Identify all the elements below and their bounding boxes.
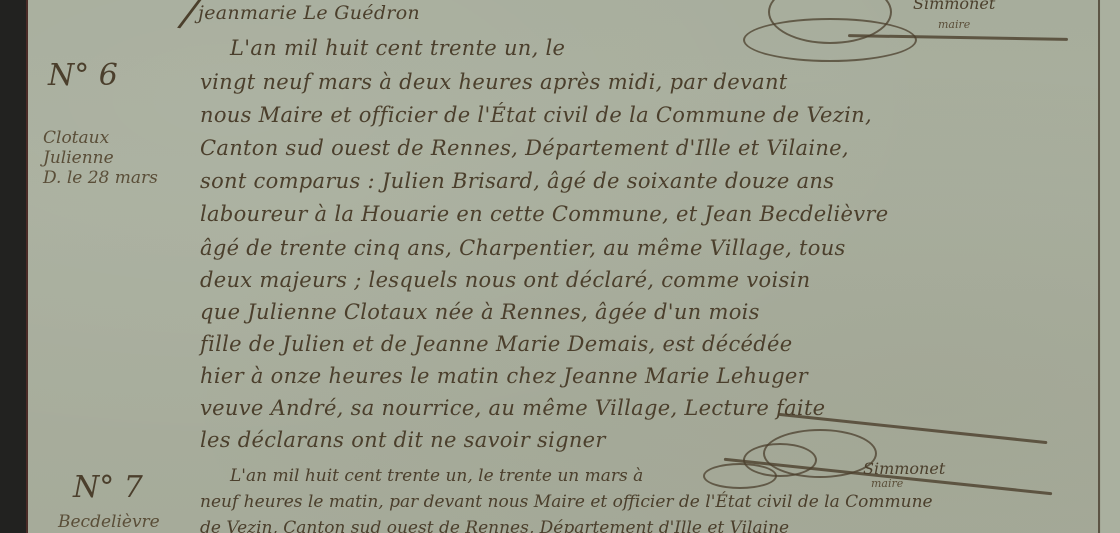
record-line: L'an mil huit cent trente un, le trente … — [230, 466, 643, 486]
signature-title: maire — [871, 477, 903, 490]
record-line: Canton sud ouest de Rennes, Département … — [200, 136, 849, 160]
page-fold-line — [1098, 0, 1100, 533]
record-line: L'an mil huit cent trente un, le — [230, 36, 565, 60]
scan-left-border — [0, 0, 28, 533]
signature-name: Simmonet — [913, 0, 995, 13]
signature-flourish — [743, 18, 917, 62]
signature-block-top: Simmonet maire — [748, 0, 1078, 70]
top-signature-line: jeanmarie Le Guédron — [198, 2, 420, 24]
adjacent-page-edge — [1101, 0, 1120, 533]
record-line: hier à onze heures le matin chez Jeanne … — [200, 364, 808, 388]
signature-flourish — [703, 463, 777, 489]
signature-title: maire — [938, 18, 970, 31]
signature-name: Simmonet — [863, 459, 945, 478]
record-line: laboureur à la Houarie en cette Commune,… — [200, 202, 888, 226]
record-line: que Julienne Clotaux née à Rennes, âgée … — [200, 300, 760, 324]
record-line: de Vezin, Canton sud ouest de Rennes, Dé… — [200, 518, 789, 533]
record-line: vingt neuf mars à deux heures après midi… — [200, 70, 788, 94]
record-line: neuf heures le matin, par devant nous Ma… — [200, 492, 933, 512]
entry-number: N° 7 — [73, 470, 143, 505]
record-line: fille de Julien et de Jeanne Marie Demai… — [200, 332, 792, 356]
record-line: les déclarans ont dit ne savoir signer — [200, 428, 606, 452]
margin-surname: Becdelièvre — [58, 512, 160, 532]
register-page: jeanmarie Le Guédron / Simmonet maire N°… — [28, 0, 1120, 533]
record-line: sont comparus : Julien Brisard, âgé de s… — [200, 169, 834, 193]
entry-number: N° 6 — [48, 58, 118, 93]
margin-surname: Clotaux — [43, 128, 109, 148]
record-line: nous Maire et officier de l'État civil d… — [200, 103, 872, 127]
record-line: veuve André, sa nourrice, au même Villag… — [200, 396, 825, 420]
margin-given-name: Julienne — [43, 148, 114, 168]
record-line: âgé de trente cinq ans, Charpentier, au … — [200, 236, 846, 260]
record-line: deux majeurs ; lesquels nous ont déclaré… — [200, 268, 810, 292]
margin-date: D. le 28 mars — [43, 168, 158, 188]
